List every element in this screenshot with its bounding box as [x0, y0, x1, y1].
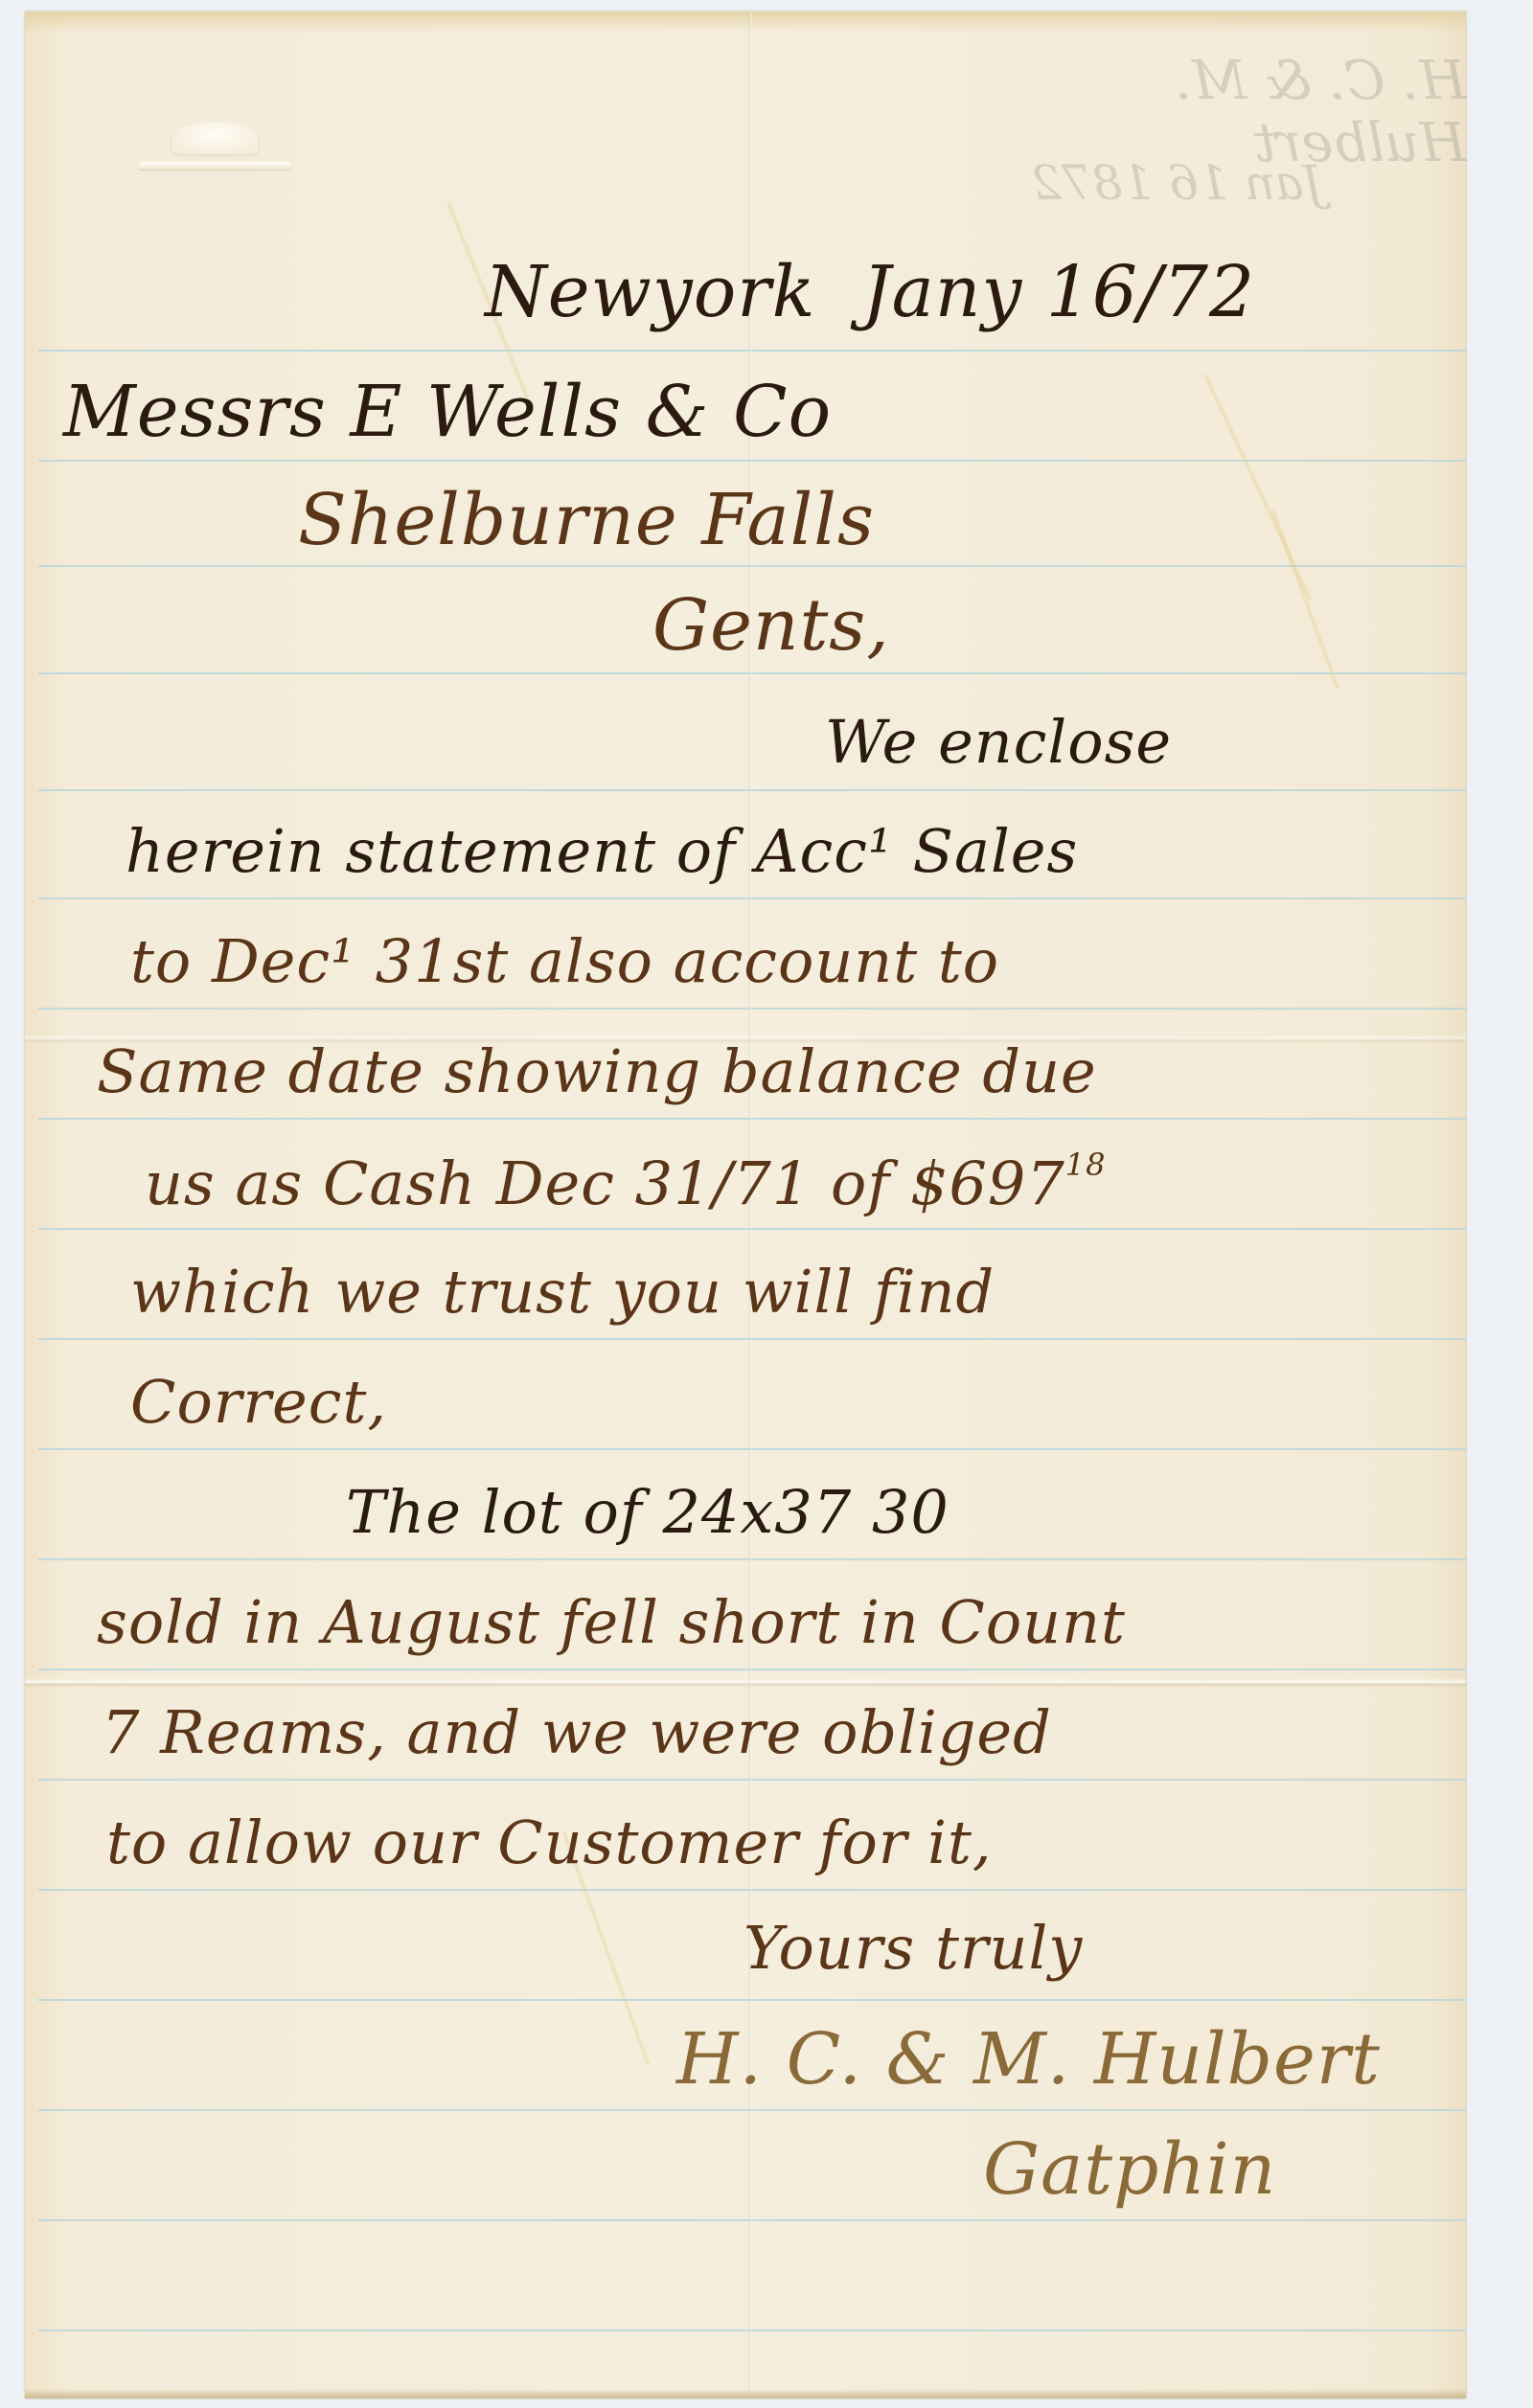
docket-bleedthrough-line2: Jan 16 1872: [1031, 155, 1323, 211]
ruled-line: [38, 2329, 1466, 2331]
ruled-line: [38, 1448, 1466, 1450]
ruled-line: [38, 1779, 1466, 1781]
paper-fold: [25, 1678, 1466, 1688]
ruled-line: [38, 789, 1466, 791]
ruled-line: [38, 1558, 1466, 1560]
letter-paper: H. C. & M. Hulbert Jan 16 1872 Newyork J…: [25, 11, 1466, 2398]
ruled-line: [38, 1118, 1466, 1120]
ruled-line: [38, 1228, 1466, 1230]
ruled-line: [38, 350, 1466, 352]
body-line-5-text: us as Cash Dec 31/71 of $697: [145, 1148, 1065, 1218]
ruled-line: [38, 1669, 1466, 1670]
dateline: Newyork Jany 16/72: [485, 251, 1255, 333]
ruled-line: [38, 460, 1466, 462]
addressee-location: Shelburne Falls: [298, 479, 875, 561]
ruled-line: [38, 1999, 1466, 2001]
amount-cents: 18: [1065, 1147, 1107, 1183]
ruled-line: [38, 1889, 1466, 1891]
addressee: Messrs E Wells & Co: [63, 371, 832, 453]
embossed-seal: [138, 102, 291, 179]
body-line-1: We enclose: [825, 707, 1172, 777]
ruled-line: [38, 565, 1466, 567]
body-line-5: us as Cash Dec 31/71 of $69718: [145, 1147, 1107, 1218]
dateline-place: Newyork: [485, 251, 815, 333]
body-line-10: 7 Reams, and we were obliged: [102, 1697, 1052, 1767]
body-line-9: sold in August fell short in Count: [97, 1587, 1126, 1657]
body-line-2: herein statement of Acc¹ Sales: [126, 816, 1078, 886]
ruled-line: [38, 1338, 1466, 1340]
dateline-date: Jany 16/72: [862, 251, 1255, 333]
closing: Yours truly: [744, 1913, 1083, 1983]
body-line-6: which we trust you will find: [130, 1257, 995, 1327]
greeting: Gents,: [652, 584, 890, 667]
signature-subline: Gatphin: [983, 2128, 1276, 2211]
embossed-seal-base: [138, 162, 291, 170]
ruled-line: [38, 2219, 1466, 2221]
ruled-line: [38, 1008, 1466, 1010]
body-line-4: Same date showing balance due: [97, 1036, 1097, 1106]
embossed-seal-dome: [172, 122, 258, 154]
ruled-line: [38, 672, 1466, 674]
body-line-8: The lot of 24x37 30: [346, 1477, 950, 1547]
body-line-3: to Dec¹ 31st also account to: [130, 926, 999, 996]
ruled-line: [38, 897, 1466, 899]
ink-offset-stain: [1270, 509, 1339, 690]
body-line-7: Correct,: [130, 1367, 387, 1437]
signature: H. C. & M. Hulbert: [676, 2018, 1381, 2101]
ruled-line: [38, 2109, 1466, 2111]
body-line-11: to allow our Customer for it,: [106, 1807, 993, 1877]
